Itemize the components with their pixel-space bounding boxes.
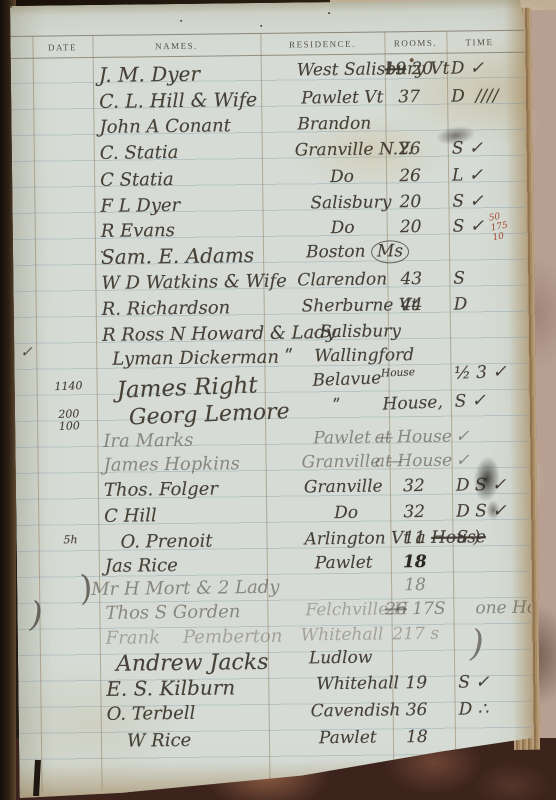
entry-rooms: 18 <box>375 729 459 748</box>
entry-residence: Do <box>334 505 358 523</box>
handwritten-mark: ) <box>29 596 43 634</box>
paper-specks <box>10 6 12 8</box>
entry-time: ½ 3 ✓ <box>454 364 507 384</box>
entry-residence: Boston Ms <box>306 243 409 262</box>
entry-name: Jas Rice <box>105 557 178 577</box>
ink-smear <box>486 500 500 520</box>
entry-rooms: 19 <box>374 675 458 694</box>
handwritten-mark: ) <box>470 624 485 664</box>
entry-residence: Pawlet <box>315 555 373 574</box>
entry-rooms: 20 <box>369 219 453 238</box>
entry-date: 200 100 <box>41 408 98 433</box>
entry-time: L ✓ <box>452 167 483 185</box>
entry-time: S ✓ <box>458 674 490 692</box>
entry-name: C. Statia <box>100 144 179 164</box>
entry-date: 5h <box>42 534 98 546</box>
entry-name: O. Prenoit <box>120 533 212 553</box>
entry-name: Lyman Dickerman ʺ <box>112 349 293 370</box>
entry-date: 1140 <box>40 380 96 394</box>
entry-rooms: 44 <box>370 297 454 316</box>
entry-name: John A Conant <box>99 117 231 137</box>
entry-name: Mr H Mort & 2 Lady <box>91 579 280 600</box>
entry-rooms: at House <box>371 429 455 448</box>
entry-rooms: 217 s <box>374 626 458 645</box>
entry-name: Sam. E. Adams <box>101 245 254 268</box>
entry-residence: Do <box>330 169 354 187</box>
entry-name: Frank Pemberton <box>106 628 283 649</box>
entry-name: R Ross N Howard & Lady <box>102 324 336 346</box>
ledger-photo: DATE NAMES. RESIDENCE. ROOMS. TIME J. M.… <box>0 0 556 800</box>
column-header-names: NAMES. <box>92 40 260 52</box>
column-header-time: TIME <box>446 37 512 48</box>
entry-time: S ✓ <box>453 218 485 236</box>
entry-rooms: 18 <box>373 554 457 573</box>
entry-name: R Evans <box>101 222 175 242</box>
entry-time: S ✓ <box>454 393 486 412</box>
entry-time: S <box>453 270 465 288</box>
entry-rooms: 26 <box>368 141 452 160</box>
entry-name: Ira Marks <box>103 432 193 452</box>
entry-name: W D Watkins & Wife <box>101 273 287 294</box>
entry-name: Thos. Folger <box>104 480 218 500</box>
entry-time: D ∴ <box>459 701 489 719</box>
entry-time: ✓ <box>455 452 469 470</box>
entry-time: ✓ <box>455 428 469 446</box>
entry-time: D <box>454 296 468 314</box>
entry-rooms: 43 <box>369 271 453 290</box>
entry-residence: Do <box>331 220 355 238</box>
entry-rooms: 32 <box>372 504 456 523</box>
entry-rooms: 37 <box>367 89 451 108</box>
entry-rooms: 11 <box>372 530 456 549</box>
entry-rooms: 26 17S <box>373 601 457 620</box>
entry-residence: Wallingford <box>314 347 414 366</box>
entry-rooms: 32 <box>372 478 456 497</box>
entry-residence: Pawlet <box>319 730 377 749</box>
entry-time: S ) <box>456 529 480 547</box>
entry-name: Georg Lemore <box>129 400 290 429</box>
ledger-page: DATE NAMES. RESIDENCE. ROOMS. TIME J. M.… <box>10 0 534 798</box>
entry-name: C. L. Hill & Wife <box>99 91 257 113</box>
column-header-rooms: ROOMS. <box>384 38 446 49</box>
entry-time: D //// <box>451 88 499 106</box>
entry-rooms: 18 <box>373 577 457 596</box>
entry-name: R. Richardson <box>102 299 231 319</box>
entry-name: C Hill <box>104 507 157 527</box>
entry-rooms: 20 <box>368 194 452 213</box>
entry-name: O. Terbell <box>107 705 196 725</box>
entry-residence: Ludlow <box>309 650 373 669</box>
entry-rooms: 19 20 <box>367 61 451 80</box>
entry-name: Andrew Jacks <box>116 651 269 676</box>
entry-residence: Whitehall <box>301 626 384 645</box>
entry-rooms: House, <box>370 394 455 415</box>
entry-residence: Brandon <box>297 116 371 135</box>
entry-name: C Statia <box>100 171 174 191</box>
entry-residence: Salisbury <box>320 323 401 342</box>
entry-name: James Hopkins <box>104 455 240 476</box>
entry-name: Thos S Gorden <box>105 603 240 624</box>
handwritten-mark: ✓ <box>20 344 33 361</box>
entry-name: J. M. Dyer <box>99 64 200 86</box>
entry-name: E. S. Kilburn <box>106 677 235 700</box>
entry-residence: ʺ <box>332 398 341 416</box>
entry-rooms: at House <box>371 453 455 472</box>
entry-time: D ✓ <box>451 60 484 78</box>
entry-rooms: 36 <box>375 702 459 721</box>
entry-name: W Rice <box>127 732 191 752</box>
entry-rooms: 26 <box>368 168 452 187</box>
column-header-residence: RESIDENCE. <box>260 38 384 50</box>
column-header-date: DATE <box>32 42 92 53</box>
entry-name: James Right <box>116 373 258 403</box>
entry-name: F L Dyer <box>100 197 180 217</box>
entry-time: S ✓ <box>452 193 484 211</box>
entry-residence: BelavueHouse <box>312 367 415 390</box>
